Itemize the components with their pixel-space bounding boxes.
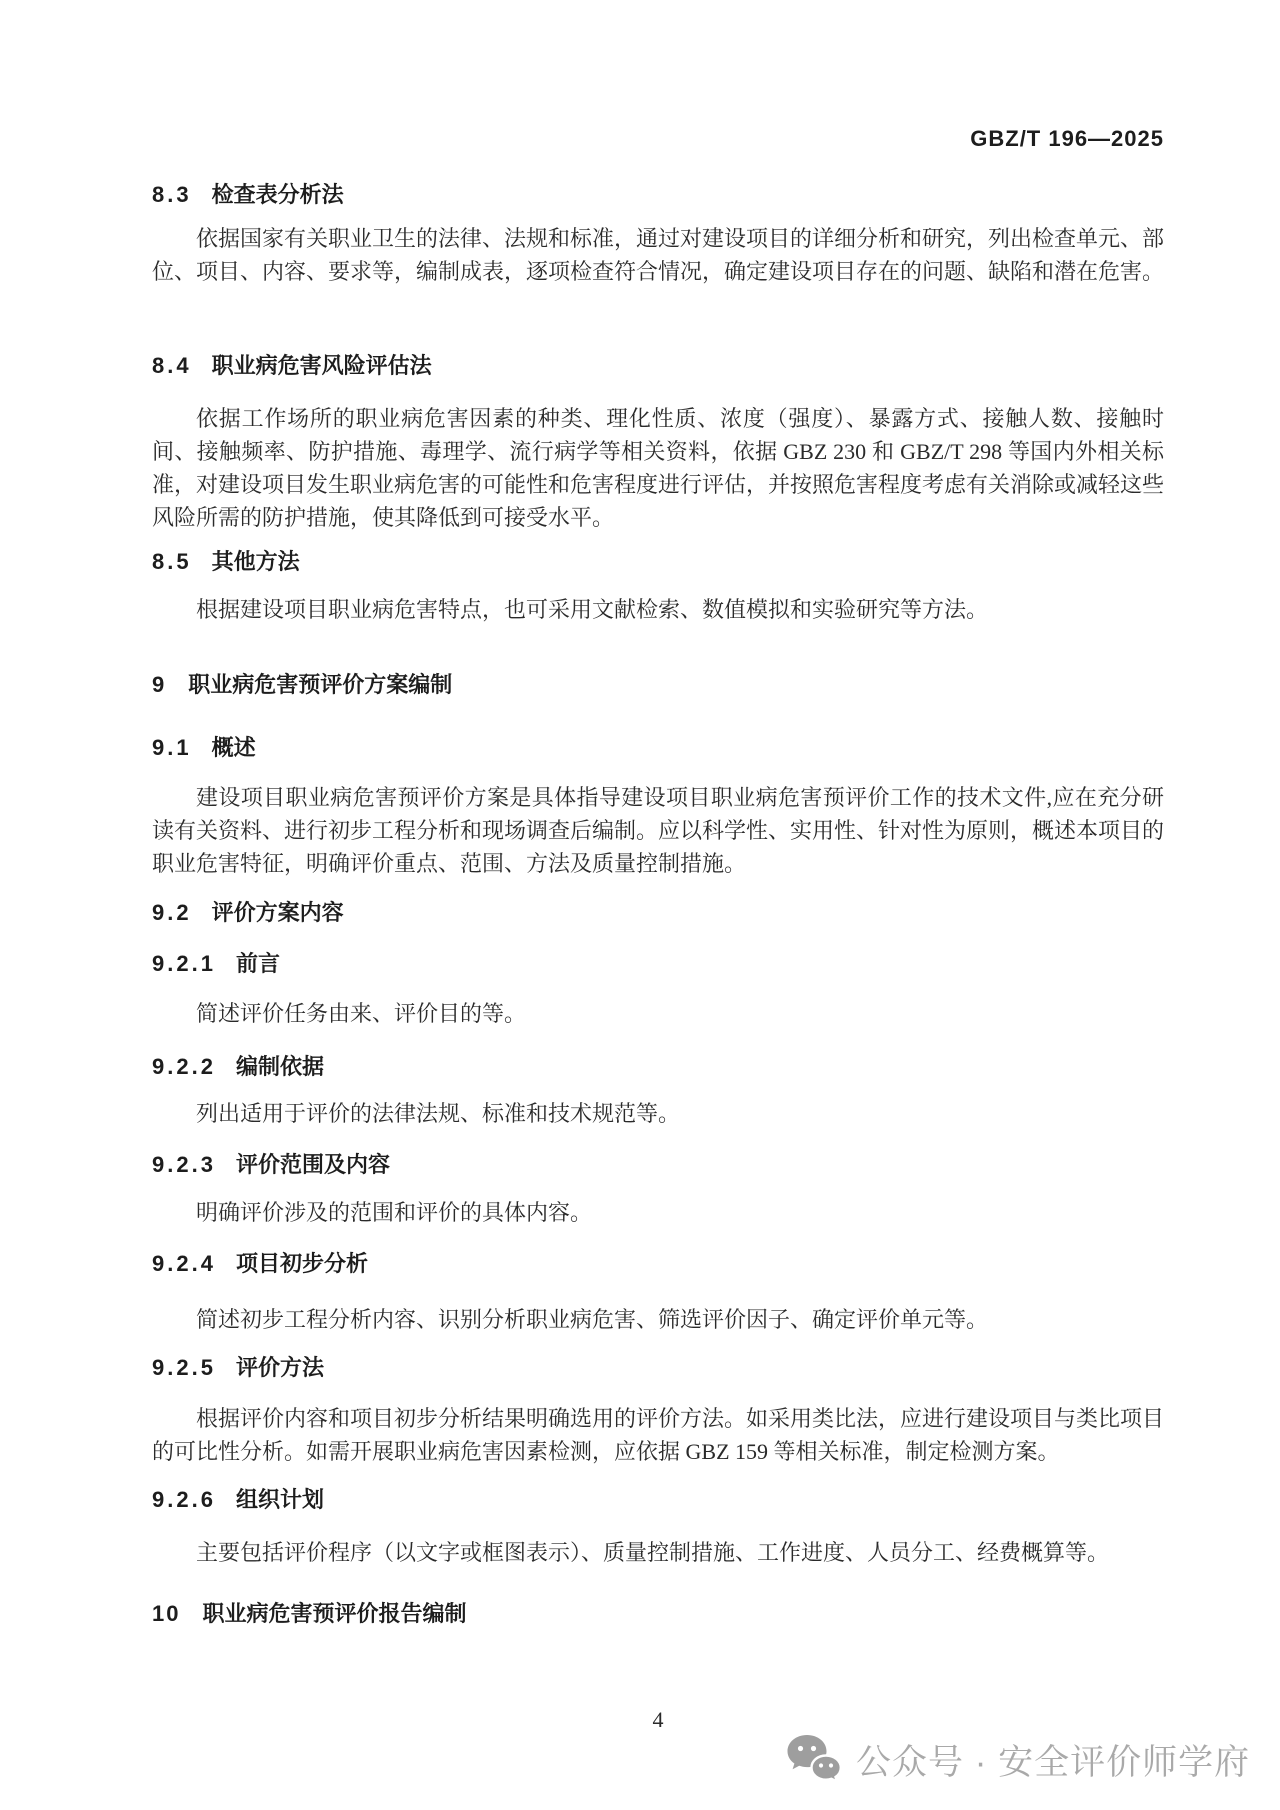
watermark: 公众号 · 安全评价师学府 [786, 1732, 1250, 1788]
section-number: 9.2.4 [152, 1251, 216, 1276]
paragraph-8-4: 依据工作场所的职业病危害因素的种类、理化性质、浓度（强度）、暴露方式、接触人数、… [152, 402, 1164, 534]
section-heading-8-4: 8.4职业病危害风险评估法 [152, 349, 1164, 382]
paragraph-9-2-2: 列出适用于评价的法律法规、标准和技术规范等。 [152, 1097, 1164, 1130]
chapter-heading-10: 10职业病危害预评价报告编制 [152, 1597, 1164, 1630]
watermark-label: 公众号 · 安全评价师学府 [856, 1735, 1250, 1785]
section-heading-9-2-5: 9.2.5评价方法 [152, 1351, 1164, 1384]
section-heading-9-2-1: 9.2.1前言 [152, 947, 1164, 980]
section-number: 9.2 [152, 900, 192, 925]
section-heading-9-2-3: 9.2.3评价范围及内容 [152, 1148, 1164, 1181]
section-title: 项目初步分析 [236, 1251, 368, 1276]
chapter-number: 9 [152, 672, 166, 697]
section-number: 9.1 [152, 735, 192, 760]
section-number: 9.2.5 [152, 1355, 216, 1380]
wechat-icon [786, 1733, 842, 1787]
section-title: 评价方案内容 [212, 900, 344, 925]
section-heading-8-3: 8.3检查表分析法 [152, 178, 1164, 211]
paragraph-9-2-1: 简述评价任务由来、评价目的等。 [152, 997, 1164, 1030]
paragraph-9-1: 建设项目职业病危害预评价方案是具体指导建设项目职业病危害预评价工作的技术文件,应… [152, 781, 1164, 880]
section-title: 前言 [236, 951, 280, 976]
section-number: 8.4 [152, 353, 192, 378]
section-title: 评价方法 [236, 1355, 324, 1380]
paragraph-9-2-5: 根据评价内容和项目初步分析结果明确选用的评价方法。如采用类比法，应进行建设项目与… [152, 1402, 1164, 1468]
section-number: 9.2.6 [152, 1487, 216, 1512]
section-title: 组织计划 [236, 1487, 324, 1512]
standard-code: GBZ/T 196—2025 [152, 122, 1164, 155]
section-heading-8-5: 8.5其他方法 [152, 545, 1164, 578]
chapter-number: 10 [152, 1601, 180, 1626]
section-title: 检查表分析法 [212, 182, 344, 207]
chapter-heading-9: 9职业病危害预评价方案编制 [152, 668, 1164, 701]
paragraph-9-2-6: 主要包括评价程序（以文字或框图表示）、质量控制措施、工作进度、人员分工、经费概算… [152, 1536, 1164, 1569]
section-number: 8.3 [152, 182, 192, 207]
section-title: 其他方法 [212, 549, 300, 574]
section-heading-9-2-6: 9.2.6组织计划 [152, 1483, 1164, 1516]
paragraph-8-3: 依据国家有关职业卫生的法律、法规和标准，通过对建设项目的详细分析和研究，列出检查… [152, 222, 1164, 288]
chapter-title: 职业病危害预评价报告编制 [202, 1601, 466, 1626]
section-heading-9-1: 9.1概述 [152, 731, 1164, 764]
section-number: 9.2.1 [152, 951, 216, 976]
paragraph-9-2-4: 简述初步工程分析内容、识别分析职业病危害、筛选评价因子、确定评价单元等。 [152, 1303, 1164, 1336]
paragraph-8-5: 根据建设项目职业病危害特点，也可采用文献检索、数值模拟和实验研究等方法。 [152, 593, 1164, 626]
chapter-title: 职业病危害预评价方案编制 [188, 672, 452, 697]
section-title: 编制依据 [236, 1054, 324, 1079]
section-title: 评价范围及内容 [236, 1152, 390, 1177]
section-title: 概述 [212, 735, 256, 760]
paragraph-9-2-3: 明确评价涉及的范围和评价的具体内容。 [152, 1196, 1164, 1229]
section-heading-9-2-2: 9.2.2编制依据 [152, 1050, 1164, 1083]
document-page: GBZ/T 196—2025 8.3检查表分析法 依据国家有关职业卫生的法律、法… [0, 0, 1280, 1810]
section-heading-9-2-4: 9.2.4项目初步分析 [152, 1247, 1164, 1280]
section-number: 9.2.2 [152, 1054, 216, 1079]
section-number: 9.2.3 [152, 1152, 216, 1177]
section-number: 8.5 [152, 549, 192, 574]
section-title: 职业病危害风险评估法 [212, 353, 432, 378]
section-heading-9-2: 9.2评价方案内容 [152, 896, 1164, 929]
